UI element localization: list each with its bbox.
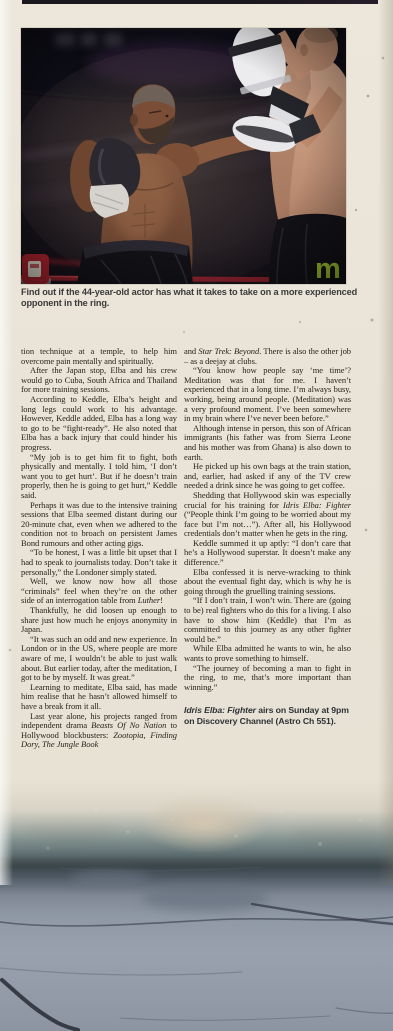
text-run: Although intense in person, this son of … (184, 423, 351, 462)
article-paragraph: “If I don’t train, I won’t win. There ar… (184, 596, 351, 644)
article-paragraph: Perhaps it was due to the intensive trai… (21, 501, 177, 549)
article-paragraph: “To be honest, I was a little bit upset … (21, 548, 177, 577)
article-paragraph: After the Japan stop, Elba and his crew … (21, 366, 177, 395)
article-paragraph: “You know how people say ‘me time’? Medi… (184, 366, 351, 424)
article-column-left: tion technique at a temple, to help him … (21, 347, 177, 750)
text-run: He picked up his own bags at the train s… (184, 461, 351, 490)
article-paragraph: Although intense in person, this son of … (184, 424, 351, 462)
article-paragraph: tion technique at a temple, to help him … (21, 347, 177, 366)
article-body: tion technique at a temple, to help him … (21, 347, 351, 750)
text-run: Perhaps it was due to the intensive trai… (21, 500, 177, 548)
italic-text-run: Idris Elba: Fighter (184, 705, 256, 715)
article-paragraph: “The journey of becoming a man to fight … (184, 664, 351, 693)
previous-article-photo-edge (22, 0, 378, 4)
article-paragraph: Well, we know now how all those “crimina… (21, 577, 177, 606)
text-run: Keddle summed it up aptly: “I don’t care… (184, 538, 351, 567)
italic-text-run: Beasts Of No Nation (91, 720, 166, 730)
italic-text-run: Luther (138, 595, 160, 605)
text-run: and (184, 346, 198, 356)
boxing-photo: m (21, 28, 346, 284)
text-run: “My job is to get him fit to fight, both… (21, 452, 177, 500)
text-run: While Elba admitted he wants to win, he … (184, 643, 351, 663)
text-run: ! (160, 595, 163, 605)
article-paragraph: Shedding that Hollywood skin was especia… (184, 491, 351, 539)
text-run: Learning to meditate, Elba said, has mad… (21, 682, 177, 711)
text-run: tion technique at a temple, to help him … (21, 346, 177, 366)
article-paragraph: Keddle summed it up aptly: “I don’t care… (184, 539, 351, 568)
article-paragraph: Last year alone, his projects ranged fro… (21, 712, 177, 750)
article-paragraph: While Elba admitted he wants to win, he … (184, 644, 351, 663)
photo-caption: Find out if the 44-year-old actor has wh… (21, 287, 367, 309)
article-paragraph: “It was such an odd and new experience. … (21, 635, 177, 683)
italic-text-run: Idris Elba: Fighter (283, 500, 351, 510)
article-column-right: and Star Trek: Beyond. There is also the… (184, 347, 351, 750)
article-paragraph: “My job is to get him fit to fight, both… (21, 453, 177, 501)
text-run: (“People think I’m going to be worried a… (184, 509, 351, 538)
article-paragraph: Learning to meditate, Elba said, has mad… (21, 683, 177, 712)
text-run: “If I don’t train, I won’t win. There ar… (184, 595, 351, 643)
epaper-page: m Find out if the 44-year-old actor has … (0, 0, 393, 1031)
pavement-dark-patch (141, 885, 269, 911)
article-paragraph: Elba confessed it is nerve-wracking to t… (184, 568, 351, 597)
article-paragraph: According to Keddle, Elba’s height and l… (21, 395, 177, 453)
text-run: “The journey of becoming a man to fight … (184, 663, 351, 692)
text-run: “To be honest, I was a little bit upset … (21, 547, 177, 576)
text-run: Thankfully, he did loosen up enough to s… (21, 605, 177, 634)
article-paragraph: and Star Trek: Beyond. There is also the… (184, 347, 351, 366)
article-paragraph: He picked up his own bags at the train s… (184, 462, 351, 491)
text-run: “You know how people say ‘me time’? Medi… (184, 365, 351, 423)
tv-listing-note: Idris Elba: Fighter airs on Sunday at 9p… (184, 705, 351, 726)
text-run: “It was such an odd and new experience. … (21, 634, 177, 682)
text-run: Elba confessed it is nerve-wracking to t… (184, 567, 351, 596)
text-run: According to Keddle, Elba’s height and l… (21, 394, 177, 452)
text-run: After the Japan stop, Elba and his crew … (21, 365, 177, 394)
article-paragraph: Thankfully, he did loosen up enough to s… (21, 606, 177, 635)
italic-text-run: Star Trek: Beyond (198, 346, 259, 356)
boxing-photo-illustration: m (21, 28, 346, 284)
photo-vignette (21, 28, 346, 284)
